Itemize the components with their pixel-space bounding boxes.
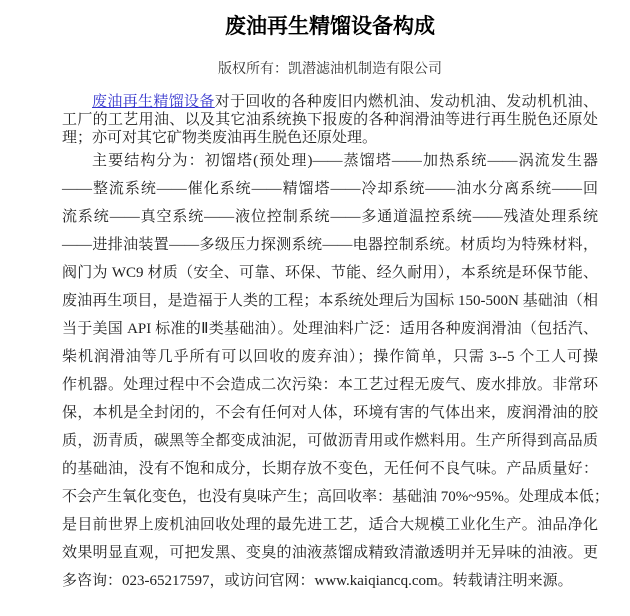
intro-paragraph: 废油再生精馏设备对于回收的各种废旧内燃机油、发动机油、发动机机油、 工厂的工艺用… — [62, 93, 598, 147]
body-line: 的基础油，没有不饱和成分，长期存放不变色，无任何不良气味。产品质量好： — [62, 455, 598, 483]
copyright-line: 版权所有：凯潜滤油机制造有限公司 — [62, 59, 598, 77]
body-line: 作机器。处理过程中不会造成二次污染：本工艺过程无废气、废水排放。非常环 — [62, 371, 598, 399]
intro-wrap-lines: 工厂的工艺用油、以及其它油系统换下报废的各种润滑油等进行再生脱色还原处理；亦可对… — [62, 111, 598, 147]
intro-line-first: 废油再生精馏设备对于回收的各种废旧内燃机油、发动机油、发动机机油、 — [62, 93, 598, 111]
body-line: 柴机润滑油等几乎所有可以回收的废弃油）；操作简单，只需 3--5 个工人可操 — [62, 343, 598, 371]
intro-line: 理；亦可对其它矿物类废油再生脱色还原处理。 — [62, 129, 598, 147]
body-line: 废油再生项目，是造福于人类的工程；本系统处理后为国标 150-500N 基础油（… — [62, 287, 598, 315]
body-line: 阀门为 WC9 材质（安全、可靠、环保、节能、经久耐用），本系统是环保节能、 — [62, 259, 598, 287]
intro-line-first-text: 对于回收的各种废旧内燃机油、发动机油、发动机机油、 — [215, 94, 598, 110]
product-link[interactable]: 废油再生精馏设备 — [92, 94, 215, 110]
body-line: 多咨询：023-65217597，或访问官网：www.kaiqiancq.com… — [62, 567, 598, 595]
page-title: 废油再生精馏设备构成 — [62, 12, 598, 42]
body-line: 流系统——真空系统——液位控制系统——多通道温控系统——残渣处理系统 — [62, 203, 598, 231]
body-line: ——进排油装置——多级压力探测系统——电器控制系统。材质均为特殊材料， — [62, 231, 598, 259]
body-line: 效果明显直观，可把发黑、变臭的油液蒸馏成精致清澈透明并无异味的油液。更 — [62, 539, 598, 567]
body-line: 当于美国 API 标准的Ⅱ类基础油）。处理油料广泛：适用各种废润滑油（包括汽、 — [62, 315, 598, 343]
body-line: 保，本机是全封闭的，不会有任何对人体，环境有害的气体出来，废润滑油的胶 — [62, 399, 598, 427]
body-line: 主要结构分为：初馏塔(预处理)——蒸馏塔——加热系统——涡流发生器 — [62, 147, 598, 175]
body-line: 质，沥青质，碳黑等全都变成油泥，可做沥青用或作燃料用。生产所得到高品质 — [62, 427, 598, 455]
document-page: 废油再生精馏设备构成 版权所有：凯潜滤油机制造有限公司 废油再生精馏设备对于回收… — [0, 0, 630, 616]
intro-line: 工厂的工艺用油、以及其它油系统换下报废的各种润滑油等进行再生脱色还原处 — [62, 111, 598, 129]
body-line: 是目前世界上废机油回收处理的最先进工艺，适合大规模工业化生产。油品净化 — [62, 511, 598, 539]
body-line: ——整流系统——催化系统——精馏塔——冷却系统——油水分离系统——回 — [62, 175, 598, 203]
body-line: 不会产生氧化变色，也没有臭味产生；高回收率：基础油 70%~95%。处理成本低； — [62, 483, 598, 511]
main-paragraph: 主要结构分为：初馏塔(预处理)——蒸馏塔——加热系统——涡流发生器——整流系统—… — [62, 147, 598, 595]
